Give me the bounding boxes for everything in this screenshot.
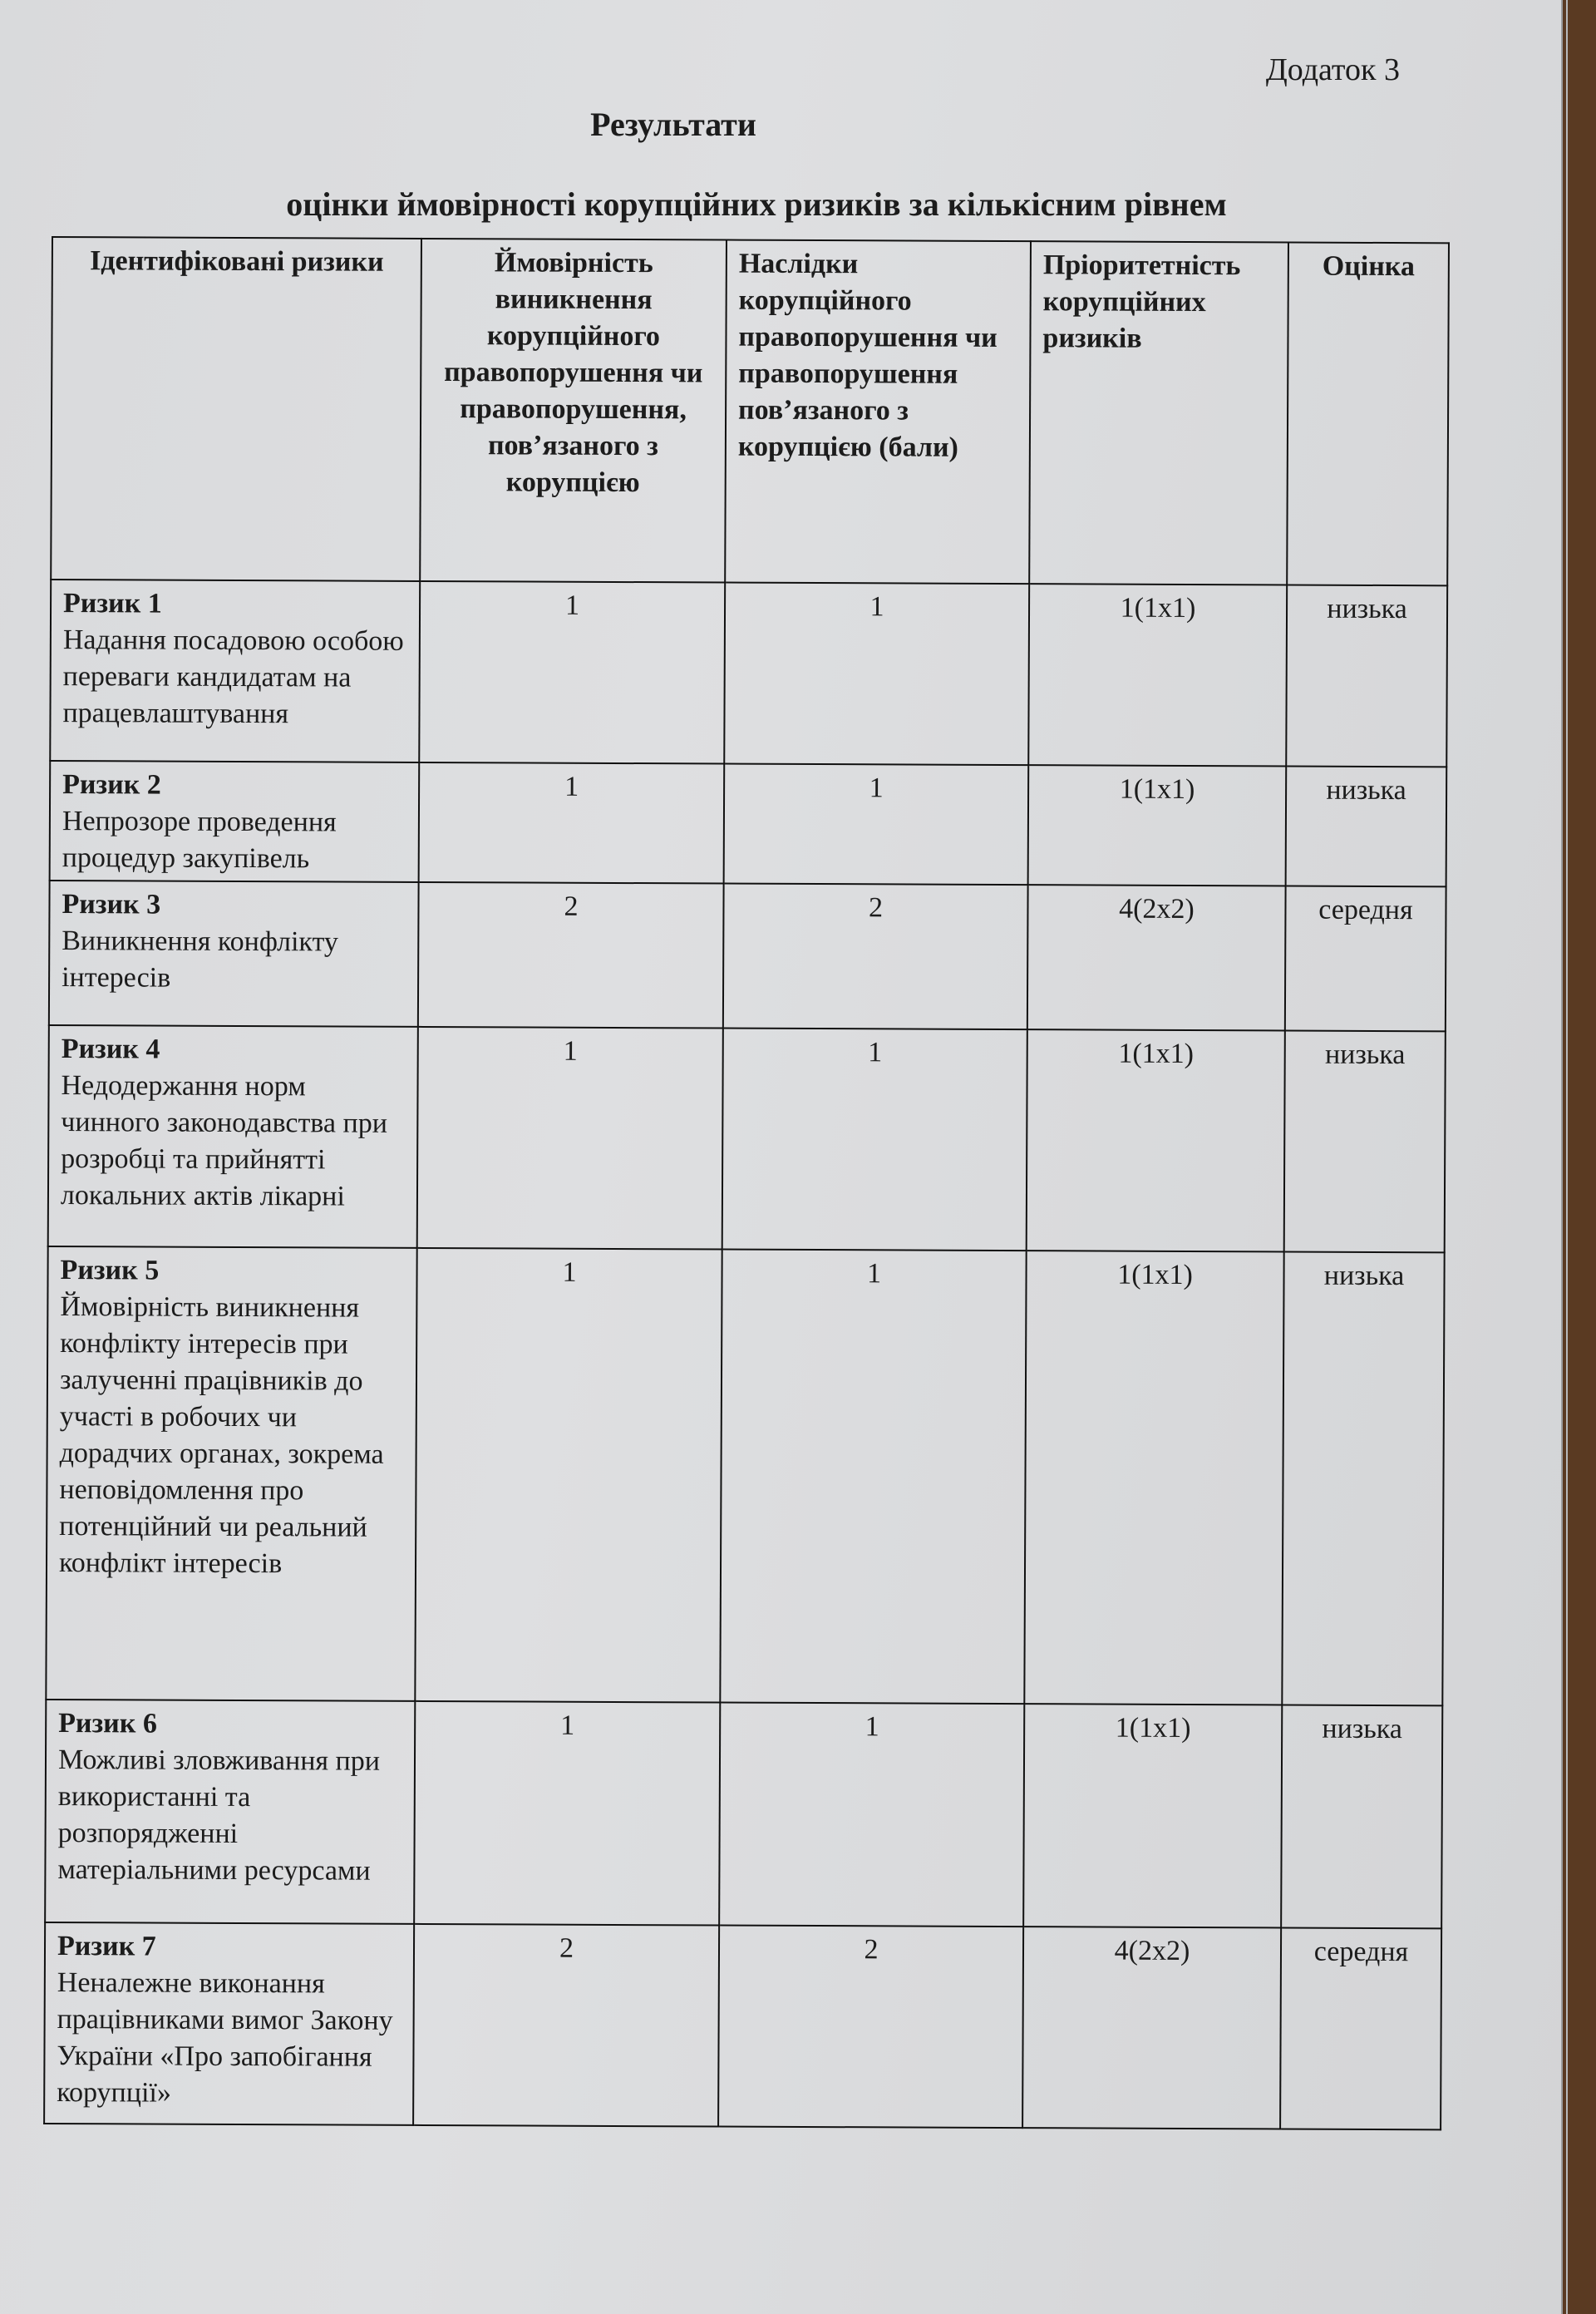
risk-table: Ідентифіковані ризики Ймовірність виникн…	[43, 236, 1450, 2130]
risk-cell: Ризик 5Ймовірність виникнення конфлікту …	[46, 1246, 416, 1701]
priority-cell: 1(1x1)	[1027, 1029, 1285, 1251]
risk-description: Ймовірність виникнення конфлікту інтерес…	[59, 1289, 405, 1583]
table-row: Ризик 3Виникнення конфлікту інтересів224…	[49, 881, 1446, 1031]
risk-name: Ризик 3	[62, 886, 406, 925]
risk-cell: Ризик 3Виникнення конфлікту інтересів	[49, 881, 419, 1027]
probability-cell: 2	[413, 1924, 719, 2127]
priority-cell: 1(1x1)	[1023, 1704, 1282, 1927]
risk-description: Непрозоре проведення процедур закупівель	[62, 803, 406, 878]
priority-cell: 4(2x2)	[1022, 1927, 1281, 2129]
document-title: Результати	[0, 105, 1347, 144]
header-probability: Ймовірність виникнення корупційного прав…	[420, 239, 727, 583]
risk-name: Ризик 7	[57, 1928, 401, 1966]
consequences-cell: 1	[720, 1250, 1026, 1705]
risk-name: Ризик 6	[58, 1705, 402, 1744]
consequences-cell: 1	[724, 764, 1029, 886]
table-row: Ризик 2Непрозоре проведення процедур зак…	[50, 761, 1447, 886]
table-row: Ризик 5Ймовірність виникнення конфлікту …	[46, 1246, 1444, 1705]
consequences-cell: 1	[724, 583, 1029, 766]
assessment-cell: низька	[1284, 1030, 1446, 1252]
risk-cell: Ризик 1Надання посадовою особою переваги…	[50, 580, 420, 762]
consequences-cell: 2	[723, 884, 1028, 1030]
priority-cell: 1(1x1)	[1024, 1251, 1283, 1705]
risk-cell: Ризик 7Неналежне виконання працівниками …	[44, 1922, 414, 2125]
risk-description: Неналежне виконання працівниками вимог З…	[57, 1965, 401, 2113]
risk-description: Надання посадовою особою переваги кандид…	[62, 622, 407, 733]
header-assessment: Оцінка	[1287, 242, 1449, 585]
risk-name: Ризик 4	[62, 1031, 406, 1069]
probability-cell: 1	[419, 581, 725, 764]
annex-label: Додаток 3	[1266, 52, 1400, 88]
risk-description: Недодержання норм чинного законодавства …	[61, 1068, 406, 1216]
header-consequences: Наслідки корупційного правопорушення чи …	[725, 240, 1031, 585]
risk-cell: Ризик 4Недодержання норм чинного законод…	[48, 1025, 418, 1248]
risk-cell: Ризик 2Непрозоре проведення процедур зак…	[50, 761, 420, 882]
priority-cell: 1(1x1)	[1028, 765, 1287, 886]
header-priority: Пріоритетність корупційних ризиків	[1029, 241, 1288, 585]
assessment-cell: низька	[1282, 1251, 1444, 1705]
table-row: Ризик 7Неналежне виконання працівниками …	[44, 1922, 1441, 2129]
paper-edge	[1561, 0, 1563, 2314]
probability-cell: 1	[419, 762, 725, 884]
table-row: Ризик 6Можливі зловживання при використа…	[45, 1700, 1442, 1928]
risk-cell: Ризик 6Можливі зловживання при використа…	[45, 1700, 415, 1924]
table-row: Ризик 4Недодержання норм чинного законод…	[48, 1025, 1446, 1252]
assessment-cell: середня	[1280, 1927, 1441, 2129]
document-subtitle: оцінки ймовірності корупційних ризиків з…	[258, 185, 1255, 224]
assessment-cell: низька	[1286, 585, 1447, 767]
priority-cell: 1(1x1)	[1028, 584, 1287, 766]
probability-cell: 2	[418, 882, 724, 1029]
consequences-cell: 1	[722, 1029, 1027, 1251]
probability-cell: 1	[414, 1701, 720, 1926]
assessment-cell: низька	[1281, 1705, 1442, 1928]
assessment-cell: середня	[1285, 886, 1446, 1031]
risk-name: Ризик 2	[62, 767, 406, 805]
risk-name: Ризик 5	[60, 1252, 404, 1290]
risk-name: Ризик 1	[63, 585, 407, 624]
table-row: Ризик 1Надання посадовою особою переваги…	[50, 580, 1447, 767]
table-header-row: Ідентифіковані ризики Ймовірність виникн…	[51, 237, 1449, 585]
paper-edge	[1566, 0, 1568, 2314]
probability-cell: 1	[415, 1248, 722, 1703]
probability-cell: 1	[417, 1027, 723, 1250]
consequences-cell: 1	[719, 1703, 1024, 1927]
assessment-cell: низька	[1286, 766, 1447, 886]
risk-description: Можливі зловживання при використанні та …	[57, 1742, 402, 1890]
consequences-cell: 2	[718, 1926, 1023, 2129]
header-identified-risks: Ідентифіковані ризики	[51, 237, 421, 581]
risk-description: Виникнення конфлікту інтересів	[62, 923, 406, 998]
priority-cell: 4(2x2)	[1027, 885, 1286, 1030]
